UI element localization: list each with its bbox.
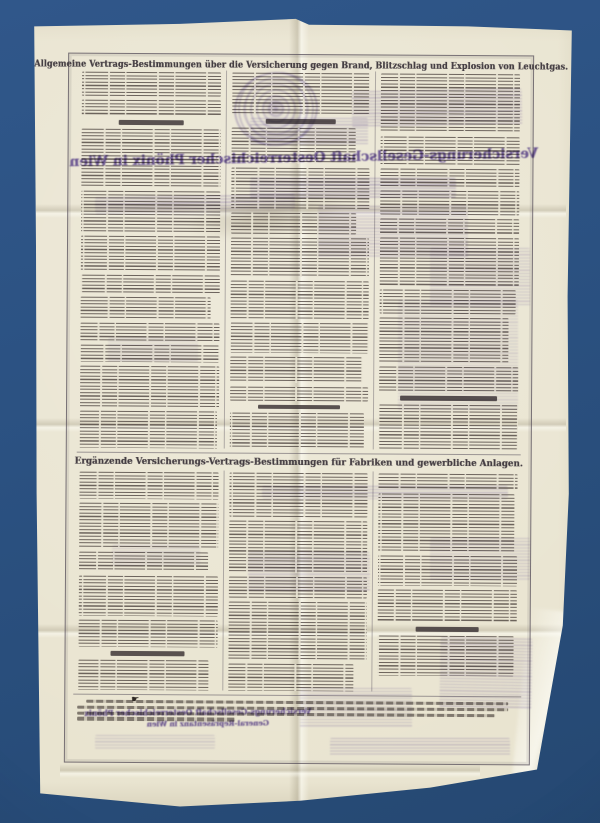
section-heading: Ergänzende Versicherungs-Vertrags-Bestim…	[93, 456, 505, 470]
text-column	[73, 470, 223, 691]
footer-text-line	[77, 717, 235, 721]
document-paper: Allgemeine Vertrags-Bestimmungen über di…	[0, 0, 600, 823]
column-paragraph	[380, 218, 519, 234]
column-paragraph	[378, 635, 514, 676]
text-column	[373, 71, 525, 450]
column-paragraph	[79, 472, 218, 500]
text-column	[223, 71, 375, 450]
column-paragraph	[231, 212, 356, 234]
column-paragraph	[81, 190, 220, 232]
footer-notice-block: ☛	[73, 694, 521, 728]
column-paragraph	[80, 344, 219, 362]
column-subheading	[400, 396, 497, 401]
column-subheading	[258, 404, 340, 409]
column-paragraph	[379, 473, 518, 490]
column-paragraph	[79, 620, 218, 648]
column-paragraph	[381, 168, 520, 187]
column-paragraph	[230, 322, 369, 353]
column-paragraph	[81, 274, 220, 293]
column-paragraph	[380, 317, 509, 363]
column-paragraph	[381, 136, 520, 165]
column-paragraph	[229, 413, 363, 450]
horizontal-fold-crease	[60, 764, 480, 778]
column-paragraph	[79, 552, 209, 573]
column-paragraph	[230, 280, 369, 319]
column-paragraph	[231, 167, 370, 209]
column-paragraph	[230, 386, 369, 401]
column-paragraph	[379, 366, 518, 392]
footer-text-line	[86, 700, 508, 706]
column-paragraph	[80, 365, 219, 407]
pointing-hand-icon: ☛	[131, 696, 139, 705]
footer-text-line	[77, 711, 495, 717]
column-paragraph	[231, 127, 355, 164]
column-subheading	[266, 119, 336, 124]
column-paragraph	[381, 73, 520, 133]
section-divider-rule	[77, 452, 521, 456]
column-paragraph	[229, 577, 368, 599]
column-paragraph	[79, 503, 218, 549]
column-paragraph	[82, 100, 221, 117]
column-paragraph	[228, 602, 367, 661]
printed-border-frame: Allgemeine Vertrags-Bestimmungen über di…	[64, 53, 534, 766]
photo-background: Allgemeine Vertrags-Bestimmungen über di…	[0, 0, 600, 823]
column-paragraph	[378, 589, 517, 623]
text-columns-top-section	[75, 70, 525, 451]
column-paragraph	[80, 410, 217, 448]
column-paragraph	[379, 404, 518, 449]
column-subheading	[118, 120, 183, 125]
column-paragraph	[80, 322, 219, 341]
column-paragraph	[229, 473, 368, 518]
column-paragraph	[81, 296, 211, 319]
column-paragraph	[380, 289, 516, 314]
column-paragraph	[229, 521, 368, 574]
column-paragraph	[230, 237, 369, 277]
text-column	[372, 471, 523, 692]
text-column	[222, 471, 373, 692]
column-paragraph	[380, 237, 519, 286]
column-paragraph	[378, 555, 517, 586]
column-paragraph	[378, 493, 514, 552]
column-paragraph	[381, 190, 520, 215]
column-paragraph	[81, 128, 220, 187]
column-paragraph	[228, 664, 354, 692]
column-paragraph	[81, 235, 220, 271]
text-columns-bottom-section	[73, 470, 522, 693]
footer-text-line	[77, 705, 508, 711]
text-column	[75, 70, 226, 449]
column-subheading	[111, 651, 185, 656]
column-paragraph	[82, 72, 221, 97]
column-subheading	[416, 627, 479, 632]
column-paragraph	[79, 576, 218, 617]
column-paragraph	[78, 659, 209, 690]
column-paragraph	[230, 356, 362, 383]
column-paragraph	[231, 73, 370, 116]
